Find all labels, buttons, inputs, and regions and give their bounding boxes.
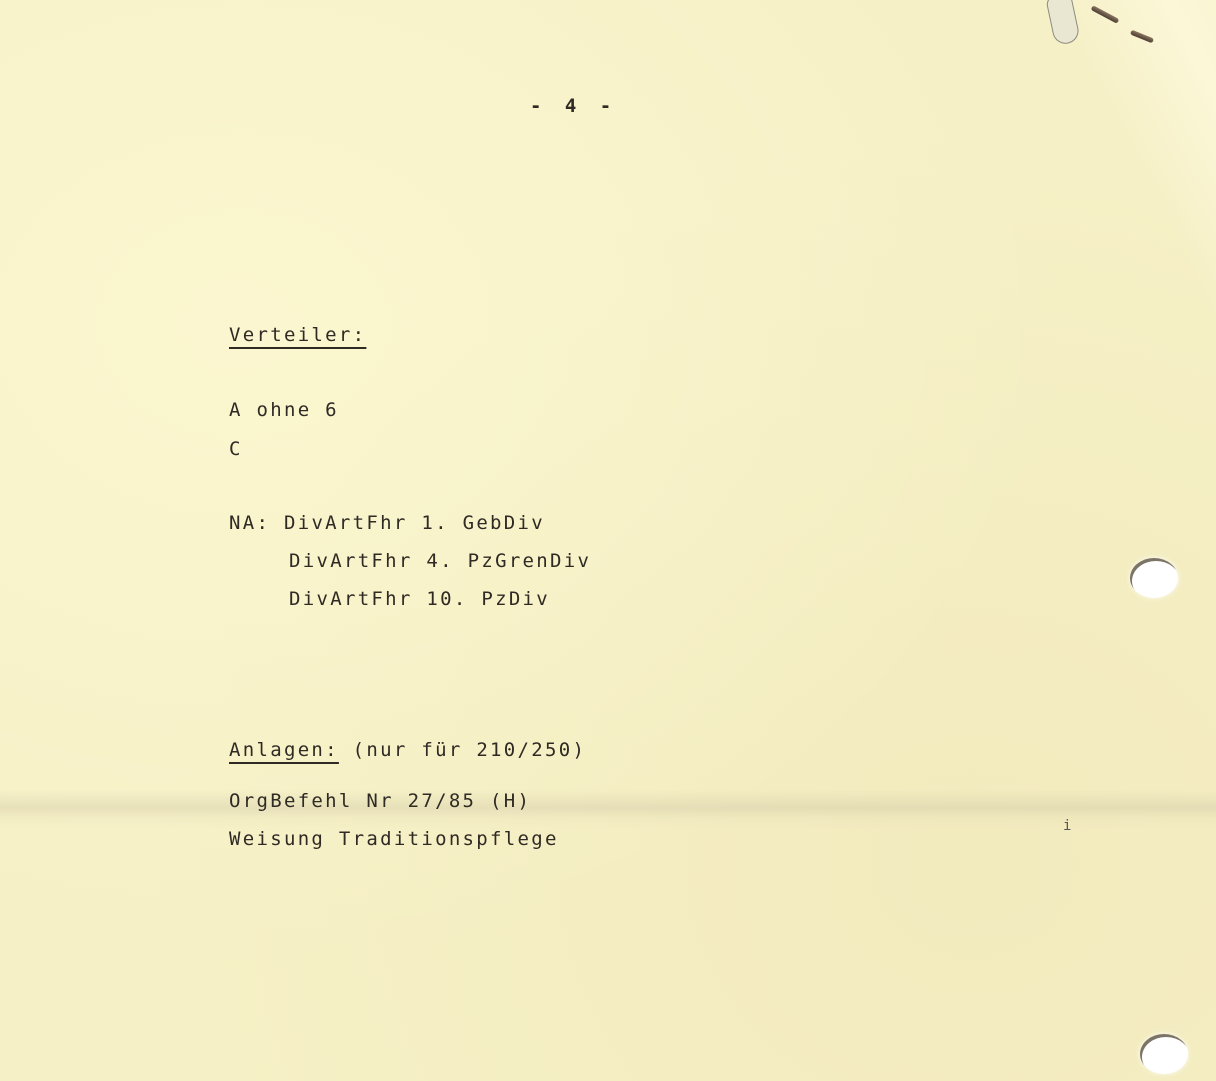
punch-hole-icon <box>1140 1034 1188 1074</box>
na-item: DivArtFhr 4. PzGrenDiv <box>289 550 591 572</box>
margin-mark: i <box>1063 818 1071 834</box>
paper-fold-horizontal <box>0 790 1216 830</box>
na-line: NA: DivArtFhr 1. GebDiv <box>229 512 545 534</box>
na-item: DivArtFhr 1. GebDiv <box>284 512 545 534</box>
attachments-line: Anlagen: (nur für 210/250) <box>229 739 586 761</box>
attachment-item: Weisung Traditionspflege <box>229 828 559 850</box>
punch-hole-icon <box>1130 558 1178 598</box>
page-number: - 4 - <box>530 95 617 117</box>
attachments-heading: Anlagen: <box>229 739 339 761</box>
distribution-item: A ohne 6 <box>229 399 339 421</box>
distribution-heading: Verteiler: <box>229 324 366 346</box>
attachment-item: OrgBefehl Nr 27/85 (H) <box>229 790 531 812</box>
paper-fold-diagonal <box>1030 0 1216 762</box>
na-item: DivArtFhr 10. PzDiv <box>289 588 550 610</box>
attachments-note: (nur für 210/250) <box>353 739 587 761</box>
distribution-item: C <box>229 438 243 460</box>
na-label: NA: <box>229 512 270 534</box>
